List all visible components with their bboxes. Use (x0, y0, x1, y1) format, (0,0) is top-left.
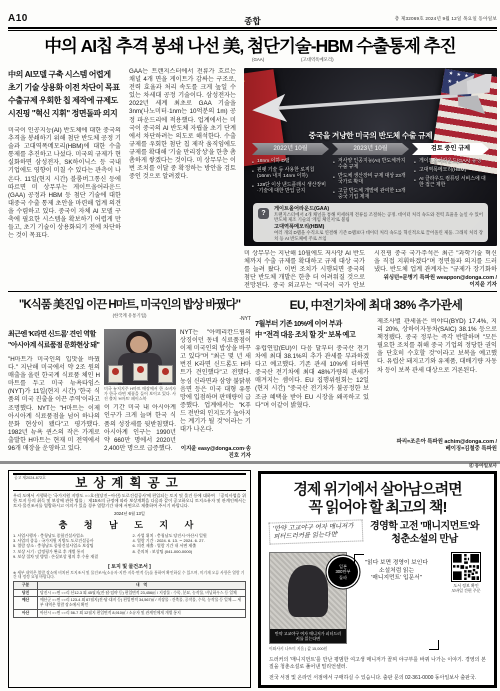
question-icon: ? (258, 208, 269, 219)
infographic-timeline: 2022년 10월 2023년 10월 검토 중인 규제 (252, 143, 489, 155)
main-subhead-4: 시진핑 "혁신 지휘" 정면돌파 의지 (8, 107, 121, 120)
qr-code (451, 552, 481, 582)
kfood-col2-text: 이 기간 미국 내 아시아계 인구가 크게 늘며 한국 식품의 성장세를 뒷받침… (104, 404, 176, 458)
main-article-byline: 워싱턴=문병기 특파원 weappon@donga.com / 이지윤 기자 (374, 275, 497, 289)
qr-caption: 도서 정보 확인 모바일 간편 주문 (446, 584, 486, 594)
notice-ad: 공고 제2024-672호 보상계획공고 우리 도에서 시행하는 '국가지원 지… (8, 470, 251, 688)
book-ad-body-2: 전국 서점 및 온라인 서점에서 구매하실 수 있습니다. 출판 문의 02-3… (269, 675, 486, 682)
kfood-headline: "K식품 美진입 이끈 H마트, 미국인의 밥상 바꿨다" (8, 296, 251, 312)
main-body-col4: 시진핑 중국 국가주석은 최근 "과학기술 혁신을 직접 지휘하겠다"며 정면돌… (374, 250, 497, 289)
bullet-2022-3: 128단 이상 낸드플래시 생산장비·기술에 대한 반입 금지 (252, 183, 327, 195)
table-row-text: 아산시 ○○면 ○○리 56-7 외 12필지 편입면적 8,910㎡ / 소유… (38, 610, 246, 618)
glossary-def-gaa: 트랜지스터에서 4개 채널을 통해 미세하게 전류를 조절하는 공정. 데이터 … (274, 212, 483, 222)
newspaper-page: A10 종합 총 제32069호 2024년 9월 12일 목요일 동아일보 中… (0, 0, 500, 691)
book-ad-subtitle-2: 청춘소설의 만남 (363, 534, 486, 547)
book-ad-subtitle-1: 경영학 고전 '매니지먼트'와 (363, 521, 486, 534)
book-ad-publisher: ⓓ 동아일보사 (258, 463, 497, 469)
eu-col2-text: 제조사별 관세율은 비야디(BYD) 17.4%, 지리 20%, 상하이자동차… (377, 318, 497, 436)
kfood-col1: 최근엔 'K라면 신드롬' 견인 역할 "아시아계 식료품점 문화현상 돼" "… (8, 329, 100, 458)
notice-item: 9. 보상 절차 및 방법 : 손실보상 협의 후 수용 재결 (13, 554, 127, 559)
book-cover-caption: 이와사키 나쓰미 지음 | 값 15,000원 (269, 647, 347, 652)
glossary-box: ? 게이트올어라운드(GAA) 트랜지스터에서 4개 채널을 통해 미세하게 전… (253, 203, 488, 242)
eu-subhead-1: 7월부터 기존 10%에 이어 부과 (255, 318, 369, 329)
main-article-col1: 中의 AI모델 구축 시스템 어렵게 초기 기술 상용화 이전 차단이 목표 수… (8, 68, 121, 289)
bullet-2022-1: 18nm 이하 D램 (252, 159, 327, 165)
main-subhead-2: 초기 기술 상용화 이전 차단이 목표 (8, 81, 121, 94)
masthead-rule-top (8, 27, 497, 29)
notice-table-note: ※ 세부 내역은 열람 장소에 비치된 토지조서 및 물건조서(소유자·지번·지… (13, 571, 246, 580)
headline-annotation-gaa: (GAA) (252, 57, 264, 62)
notice-item: 8. 문의처 : 보상팀 (041-000-0000) (133, 549, 247, 554)
book-quote: "읽다 보면 경영이 보인다 소설처럼 읽는 '매니지먼트' 입문서" (354, 552, 439, 652)
notice-title: 보상계획공고 (13, 475, 246, 492)
bullet-2023-1: 저사양 인공지능(AI) 반도체까지 수출 규제 (333, 159, 408, 171)
kfood-col2: 미국 뉴저지주 H마트 매장에서 한 소비자가 한국 라면 제품을 들어 보이고… (104, 329, 176, 458)
table-row-label: 아산 (14, 610, 38, 618)
notice-table-title: [ 토지 및 물건조서 ] (13, 563, 246, 570)
book-cover-figure (288, 565, 328, 617)
ramen-package (133, 363, 148, 381)
book-ad-headline-1: 경제 위기에서 살아남으려면 (269, 481, 486, 499)
bullet-pending-2: 고대역폭메모리(HBM) (414, 168, 489, 174)
book-title-script: '만약 고교야구 여자 매니저가 피터드러커를 읽는다면' (269, 519, 364, 544)
table-row-text: 당진시 ○○면 ○○리 산12-3 외 45필지(전·답·임야 등) 편입면적 … (38, 589, 246, 597)
notice-issuer: 충 청 남 도 지 사 (13, 518, 246, 531)
table-row-label: 예산 (14, 597, 38, 610)
kfood-col3-text: NYT는 "아메리칸드림의 상징이던 동네 식료품점이 이제 미국인의 밥상을 … (180, 329, 251, 443)
notice-date: 2024년 6월 13일 (13, 511, 246, 517)
main-body-col3: 미 상무부는 지난해 10월에도 저사양 AI 반도체까지 수출 규제를 확대하… (244, 250, 365, 289)
table-row-text: 예산군 ○○면 ○○리 123-4 외 67필지(전·답·대지 등) 편입면적 … (38, 597, 246, 610)
infographic-bullets: 18nm 이하 D램 핀펫 기술 등 사용한 로직칩(16nm 내지 14nm … (252, 159, 489, 204)
main-subhead-1: 中의 AI모델 구축 시스템 어렵게 (8, 68, 121, 81)
article-divider (8, 291, 497, 292)
bullet-2023-2: 반도체 생산장비 규제 대상 23개 국가로 확대 (333, 174, 408, 186)
notice-table: 구분 내 역 당진 당진시 ○○면 ○○리 산12-3 외 45필지(전·답·임… (13, 581, 246, 618)
kfood-col1-text: "H마트가 미국인의 입맛을 바꿨다." 지난해 미국에서 약 2조 원의 매출… (8, 356, 100, 456)
eu-byline: 파리=조은아 특파원 achim@donga.com / 베이징=김철중 특파원 (377, 439, 497, 453)
main-body-col2: GAA는 트랜지스터에서 전류가 흐르는 채널 4개 면을 게이트가 감싸는 구… (129, 68, 236, 289)
eu-subhead-2: 中 "전격 대응 조치 할 것" 보복 예고 (255, 329, 369, 340)
book-ad: 경제 위기에서 살아남으려면 꼭 읽어야 할 최고의 책! '만약 고교야구 여… (258, 471, 497, 688)
kfood-subhead-1: 최근엔 'K라면 신드롬' 견인 역할 (8, 329, 100, 340)
kfood-byline: 이지윤 easy@donga.com·송진호 기자 (180, 446, 251, 458)
kfood-subhead-2: "아시아계 식료품점 문화현상 돼" (8, 340, 100, 351)
notice-table-header: 내 역 (38, 581, 246, 589)
notice-intro: 우리 도에서 시행하는 '국가지원 지방도 ○○호선(당진∼아산) 도로건설공사… (13, 493, 246, 509)
kfood-photo (104, 329, 176, 385)
issue-date: 총 제32069호 2024년 9월 12일 목요일 동아일보 (395, 16, 497, 22)
book-cover-title: 만약 고교야구 여자 매니저가 피터드러커를 읽는다면 (270, 629, 346, 643)
ramen-package (158, 365, 173, 383)
main-subhead-3: 수출규제 우회한 칩 제작에 규제도 (8, 94, 121, 107)
eu-col1: 7월부터 기존 10%에 이어 부과 中 "전격 대응 조치 할 것" 보복 예… (255, 318, 369, 458)
ramen-package (108, 365, 123, 383)
main-body-col1: 미국이 인공지능(AI) 반도체에 대한 중국의 추격을 봉쇄하기 위해 첨단 … (8, 127, 121, 281)
eu-col2: 제조사별 관세율은 비야디(BYD) 17.4%, 지리 20%, 상하이자동차… (377, 318, 497, 458)
notice-table-header: 구분 (14, 581, 38, 589)
photo-figure-face (130, 336, 148, 353)
table-row: 당진 당진시 ○○면 ○○리 산12-3 외 45필지(전·답·임야 등) 편입… (14, 589, 246, 597)
qr-code-pattern (453, 554, 479, 580)
kfood-source: -NYT (8, 316, 251, 322)
main-headline: 中의 AI칩 추격 봉쇄 나선 美, 첨단기술-HBM 수출통제 추진 (4, 33, 496, 58)
book-cover: 만약 고교야구 여자 매니저가 피터드러커를 읽는다면 일본 300만부 돌파 (269, 552, 347, 644)
book-ad-subtitle: 경영학 고전 '매니지먼트'와 청춘소설의 만남 (363, 521, 486, 546)
glossary-def-hbm: 여러 개의 D램을 수직으로 연결해 기존 D램보다 데이터 처리 속도를 혁신… (274, 230, 483, 240)
main-body-col4-text: 시진핑 중국 국가주석은 최근 "과학기술 혁신을 직접 지휘하겠다"며 정면돌… (374, 250, 497, 272)
notice-items: 1. 사업시행자 : 충청남도 종합건설사업소 3. 사업의 종류 : 국가지원… (13, 533, 246, 560)
timeline-step-2022: 2022년 10월 (252, 143, 329, 155)
arrow-graphic (244, 74, 497, 132)
bullet-2023-3: 고급 반도체 개발에 관여한 13개 중국 기업 제재 (333, 189, 408, 201)
timeline-step-2023: 2023년 10월 (332, 143, 409, 155)
notice-ref: 공고 제2024-672호 (14, 476, 46, 481)
book-ad-body-1: 드러커의 '매니지먼트'를 만난 평범한 여고생 매니저가 꼴찌 야구부를 바꿔… (269, 657, 486, 670)
table-row: 아산 아산시 ○○면 ○○리 56-7 외 12필지 편입면적 8,910㎡ /… (14, 610, 246, 618)
bullet-pending-3: AI 클라우드 컴퓨팅 서비스에 대한 접근 제한 (414, 177, 489, 189)
masthead: A10 종합 총 제32069호 2024년 9월 12일 목요일 동아일보 (8, 13, 497, 26)
headline-annotation-hbm: (고대역폭메모리) (301, 57, 334, 63)
bullet-pending-1: 게이트올어라운드(GAA) 공정 (414, 159, 489, 165)
eu-headline: EU, 中전기차에 최대 38% 추가관세 (255, 296, 497, 313)
infographic-title: 중국을 겨냥한 미국의 반도체 수출 규제 (244, 130, 497, 141)
eu-col1-text: 유럽연합(EU)이 다음 달부터 중국산 전기차에 최대 38.1%의 추가 관… (255, 345, 369, 453)
masthead-rule-bottom (8, 30, 497, 31)
photo-caption: 미국 뉴저지주 H마트 매장에서 한 소비자가 한국 라면 제품을 들어 보이고… (104, 387, 176, 401)
timeline-step-pending: 검토 중인 규제 (412, 143, 489, 155)
table-row-label: 당진 (14, 589, 38, 597)
table-row: 예산 예산군 ○○면 ○○리 123-4 외 67필지(전·답·대지 등) 편입… (14, 597, 246, 610)
semiconductor-infographic: ★ ★ ★ ★★ ★ ★ 중국을 겨냥한 미국의 반도체 수출 규제 2022년… (244, 68, 497, 246)
notice-titlebar: 공고 제2024-672호 보상계획공고 (13, 473, 246, 491)
book-ad-headline-2: 꼭 읽어야 할 최고의 책! (269, 499, 486, 517)
kfood-col3: NYT는 "아메리칸드림의 상징이던 동네 식료품점이 이제 미국인의 밥상을 … (180, 329, 251, 458)
bullet-2022-2: 핀펫 기술 등 사용한 로직칩(16nm 내지 14nm 이하) (252, 168, 327, 180)
